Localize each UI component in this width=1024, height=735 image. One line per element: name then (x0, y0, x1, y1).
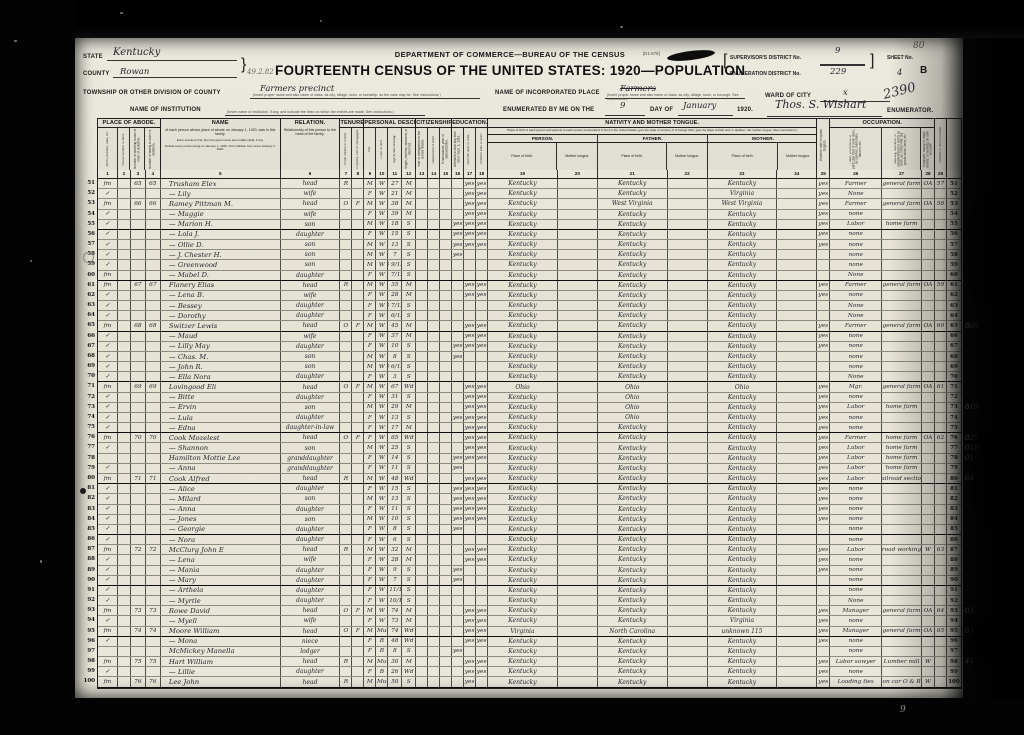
cell-p: Kentucky (488, 443, 558, 452)
cell-p: Kentucky (488, 413, 558, 422)
cell-hn (118, 291, 131, 300)
cell-hn (118, 647, 131, 656)
table-row: 83✓— AnnadaughterFW11SyesyesyesKentuckyK… (98, 505, 961, 515)
table-row: 95fm7474Moore WilliamheadOFMMu74Wdyesyes… (98, 627, 961, 637)
cell-c14 (428, 260, 440, 269)
cell-fpt (668, 210, 708, 219)
cell-n: — Mania (161, 566, 281, 575)
cell-r: head (281, 321, 341, 330)
table-body: 51fm6565Trusham ElexheadRMW27MyesyesKent… (97, 179, 962, 689)
cell-mp: Kentucky (708, 332, 778, 341)
cell-sc (452, 423, 464, 432)
cell-c15 (440, 321, 452, 330)
table-row: 80fm7171Cook AlfredheadRMW48WdyesyesKent… (98, 474, 961, 484)
cell-pt (558, 382, 598, 391)
line-number-left: 65 (77, 322, 95, 328)
cell-a: ✓ (98, 566, 118, 575)
cell-r: daughter (281, 505, 341, 514)
table-row: 54✓— MaggiewifeFW39MyesyesKentuckyKentuc… (98, 210, 961, 220)
cell-r: wife (281, 616, 341, 625)
cell-o (340, 423, 352, 432)
supervisor-label: SUPERVISOR'S DISTRICT No. (730, 55, 801, 61)
cell-n: Ramey Pittman M. (161, 199, 281, 208)
cell-e: yes (817, 403, 830, 412)
cell-r: head (281, 433, 341, 442)
supervisor-line (820, 56, 865, 66)
cell-c: W (376, 576, 388, 585)
cell-p: Kentucky (488, 332, 558, 341)
cell-m: S (402, 566, 416, 575)
cell-n: — Milard (161, 494, 281, 503)
cell-d (131, 494, 146, 503)
cell-s: F (364, 433, 376, 442)
cell-r: head (281, 382, 341, 391)
cell-sc (452, 606, 464, 615)
cell-e (817, 535, 830, 544)
cell-c13 (416, 189, 428, 198)
cell-oc: none (830, 230, 882, 239)
cell-o: O (340, 606, 352, 615)
cell-rd (464, 647, 476, 656)
cell-rd: yes (464, 443, 476, 452)
cell-c15 (440, 525, 452, 534)
cell-fr: F (352, 433, 364, 442)
cell-e: yes (817, 393, 830, 402)
cell-c: W (376, 342, 388, 351)
cell-mp: Kentucky (708, 586, 778, 595)
cell-e: yes (817, 454, 830, 463)
cell-hn (118, 311, 131, 320)
cell-fpt (668, 555, 708, 564)
line-number-left: 96 (77, 638, 95, 644)
cell-r: son (281, 362, 341, 371)
column-number: 22 (668, 170, 708, 178)
cell-p: Kentucky (488, 484, 558, 493)
cell-c14 (428, 240, 440, 249)
cell-fp: Kentucky (598, 555, 668, 564)
cell-a: ✓ (98, 586, 118, 595)
cell-n: — Bessey (161, 301, 281, 310)
cell-d (131, 576, 146, 585)
cell-c14 (428, 321, 440, 330)
column-number: 3 (131, 170, 146, 178)
cell-mpt (777, 372, 817, 381)
cell-fp: Kentucky (598, 189, 668, 198)
cell-p: Kentucky (488, 596, 558, 605)
cell-rd: yes (464, 515, 476, 524)
cell-a: ✓ (98, 667, 118, 676)
column-number: 26 (830, 170, 882, 178)
cell-p: Kentucky (488, 576, 558, 585)
cell-c14 (428, 566, 440, 575)
table-row: 96✓— MonanieceFB48WdyesyesKentuckyKentuc… (98, 637, 961, 647)
cell-fp: Kentucky (598, 260, 668, 269)
cell-a: ✓ (98, 423, 118, 432)
line-number-left: 88 (77, 556, 95, 562)
cell-n: — Mona (161, 637, 281, 646)
cell-p: Kentucky (488, 311, 558, 320)
cell-a: ✓ (98, 332, 118, 341)
cell-s: F (364, 372, 376, 381)
cell-hn (118, 352, 131, 361)
cell-o (340, 393, 352, 402)
cell-pt (558, 464, 598, 473)
cell-c13 (416, 616, 428, 625)
cell-c14 (428, 474, 440, 483)
dust-speck (120, 12, 123, 14)
cell-s: F (364, 393, 376, 402)
column-header: Whether able to write. (476, 128, 488, 170)
cell-g: 8 (388, 525, 402, 534)
cell-pt (558, 413, 598, 422)
cell-sc (452, 372, 464, 381)
cell-n: McClurg John E (161, 545, 281, 554)
cell-fpt (668, 443, 708, 452)
column-header: Mother tongue. (557, 143, 597, 170)
cell-a: fm (98, 199, 118, 208)
cell-g: 8 (388, 647, 402, 656)
cell-rd (464, 596, 476, 605)
cell-mpt (777, 454, 817, 463)
cell-sc: yes (452, 494, 464, 503)
cell-fpt (668, 627, 708, 636)
cell-o: R (340, 657, 352, 666)
cell-mpt (777, 332, 817, 341)
cell-oc: none (830, 291, 882, 300)
cell-mpt (777, 352, 817, 361)
column-header: Home owned or rented. (340, 128, 352, 170)
cell-mp: Kentucky (708, 484, 778, 493)
cell-oc: none (830, 555, 882, 564)
cell-fpt (668, 342, 708, 351)
cell-c15 (440, 464, 452, 473)
cell-fpt (668, 464, 708, 473)
cell-pt (558, 281, 598, 290)
cell-fpt (668, 494, 708, 503)
cell-g: 48 (388, 637, 402, 646)
cell-oc: none (830, 586, 882, 595)
cell-c15 (440, 210, 452, 219)
cell-fpt (668, 291, 708, 300)
cell-a: ✓ (98, 637, 118, 646)
cell-a: fm (98, 657, 118, 666)
cell-c13 (416, 311, 428, 320)
cell-c15 (440, 515, 452, 524)
cell-o: O (340, 627, 352, 636)
cell-r: daughter (281, 230, 341, 239)
cell-a: fm (98, 606, 118, 615)
cell-c: Mu (376, 677, 388, 686)
cell-d (131, 250, 146, 259)
cell-mp: Kentucky (708, 240, 778, 249)
cell-d (131, 505, 146, 514)
cell-mpt (777, 494, 817, 503)
cell-r: granddaughter (281, 464, 341, 473)
cell-r: head (281, 657, 341, 666)
cell-a: ✓ (98, 576, 118, 585)
cell-o (340, 586, 352, 595)
cell-wr: yes (476, 210, 488, 219)
cell-r: son (281, 260, 341, 269)
cell-fp: Kentucky (598, 342, 668, 351)
cell-c13 (416, 179, 428, 188)
cell-rd: yes (464, 474, 476, 483)
cell-p: Ohio (488, 382, 558, 391)
district-brace-left: [ (723, 52, 727, 70)
cell-d (131, 566, 146, 575)
cell-c: W (376, 423, 388, 432)
table-row: 88✓— LenawifeFW28MyesyesKentuckyKentucky… (98, 555, 961, 565)
cell-a: ✓ (98, 260, 118, 269)
cell-n: — Jones (161, 515, 281, 524)
cell-rd: yes (464, 179, 476, 188)
cell-f: 74 (146, 627, 161, 636)
cell-f (146, 342, 161, 351)
cell-a: ✓ (98, 291, 118, 300)
table-row: 70✓— Ella NoradaughterFW3SKentuckyKentuc… (98, 372, 961, 382)
census-table: PLACE OF ABODE.Street, avenue, road, etc… (97, 118, 962, 688)
cell-c14 (428, 454, 440, 463)
cell-mpt (777, 189, 817, 198)
cell-s: M (364, 443, 376, 452)
cell-o (340, 260, 352, 269)
cell-d (131, 413, 146, 422)
cell-fr (352, 362, 364, 371)
cell-o (340, 647, 352, 656)
cell-f (146, 210, 161, 219)
cell-c: W (376, 382, 388, 391)
cell-mpt (777, 281, 817, 290)
cell-g: 25 (388, 443, 402, 452)
cell-c15 (440, 555, 452, 564)
cell-mpt (777, 220, 817, 229)
cell-oc: Farmer (830, 433, 882, 442)
cell-sc (452, 321, 464, 330)
dust-speck (320, 20, 322, 22)
cell-r: daughter (281, 484, 341, 493)
column-header: Age at last birthday. (388, 128, 402, 170)
cell-a: fm (98, 179, 118, 188)
cell-g: 1 6/12 (388, 311, 402, 320)
cell-f (146, 576, 161, 585)
cell-rd: yes (464, 433, 476, 442)
cell-sc (452, 332, 464, 341)
cell-c13 (416, 667, 428, 676)
cell-f (146, 220, 161, 229)
cell-d (131, 515, 146, 524)
cell-mp: Kentucky (708, 545, 778, 554)
cell-oc: Farmer (830, 321, 882, 330)
cell-c: W (376, 403, 388, 412)
cell-mpt (777, 443, 817, 452)
cell-d: 72 (131, 545, 146, 554)
cell-o: R (340, 677, 352, 686)
cell-sc: yes (452, 352, 464, 361)
line-number-left: 89 (77, 567, 95, 573)
cell-e: yes (817, 382, 830, 391)
cell-wr: yes (476, 179, 488, 188)
cell-g: 7 (388, 576, 402, 585)
cell-fpt (668, 332, 708, 341)
cell-mpt (777, 321, 817, 330)
cell-fp: Kentucky (598, 505, 668, 514)
cell-fpt (668, 657, 708, 666)
footer-pencil-mark: 9 (900, 705, 906, 715)
cell-mpt (777, 210, 817, 219)
cell-c: W (376, 464, 388, 473)
cell-c13 (416, 505, 428, 514)
cell-sc: yes (452, 505, 464, 514)
cell-o (340, 464, 352, 473)
cell-hn (118, 606, 131, 615)
cell-s: F (364, 637, 376, 646)
cell-wr (476, 260, 488, 269)
cell-oc: None (830, 372, 882, 381)
cell-c14 (428, 505, 440, 514)
cell-sc (452, 382, 464, 391)
cell-n: — Maggie (161, 210, 281, 219)
cell-sc (452, 667, 464, 676)
cell-sc (452, 637, 464, 646)
cell-pt (558, 433, 598, 442)
cell-c14 (428, 199, 440, 208)
cell-m: S (402, 220, 416, 229)
cell-o: O (340, 199, 352, 208)
township-label: TOWNSHIP OR OTHER DIVISION OF COUNTY (83, 90, 221, 96)
cell-d (131, 667, 146, 676)
cell-mp: Kentucky (708, 393, 778, 402)
cell-c14 (428, 555, 440, 564)
cell-c: B (376, 637, 388, 646)
cell-c15 (440, 301, 452, 310)
cell-fr (352, 189, 364, 198)
cell-d (131, 362, 146, 371)
cell-fp: Kentucky (598, 677, 668, 686)
cell-p: Kentucky (488, 362, 558, 371)
cell-c14 (428, 342, 440, 351)
cell-c: Mu (376, 657, 388, 666)
cell-mp: Kentucky (708, 423, 778, 432)
cell-c14 (428, 220, 440, 229)
cell-pt (558, 474, 598, 483)
table-row: 94✓— MyellwifeFW73MyesyesKentuckyKentuck… (98, 616, 961, 626)
cell-wr (476, 464, 488, 473)
cell-wr (476, 250, 488, 259)
cell-pt (558, 454, 598, 463)
cell-c: W (376, 545, 388, 554)
cell-g: 73 (388, 616, 402, 625)
cell-fpt (668, 515, 708, 524)
cell-f (146, 362, 161, 371)
table-row: 74✓— LuladaughterFW13SyesyesyesKentuckyO… (98, 413, 961, 423)
form-header: STATE Kentucky COUNTY Rowan } 49.2.82 DE… (75, 38, 963, 118)
cell-fpt (668, 413, 708, 422)
cell-e (817, 647, 830, 656)
cell-fpt (668, 433, 708, 442)
cell-d (131, 484, 146, 493)
cell-wr (476, 586, 488, 595)
cell-oc: none (830, 393, 882, 402)
cell-mpt (777, 311, 817, 320)
cell-o (340, 443, 352, 452)
cell-fpt (668, 586, 708, 595)
cell-s: M (364, 382, 376, 391)
cell-c13 (416, 464, 428, 473)
cell-fpt (668, 423, 708, 432)
table-row: 67✓— Lilly MaydaughterFW10SyesyesyesKent… (98, 342, 961, 352)
cell-s: F (364, 616, 376, 625)
cell-a: ✓ (98, 240, 118, 249)
cell-p: Kentucky (488, 372, 558, 381)
cell-d: 71 (131, 474, 146, 483)
cell-d (131, 291, 146, 300)
cell-mp: Kentucky (708, 403, 778, 412)
cell-c13 (416, 647, 428, 656)
cell-c: W (376, 332, 388, 341)
cell-fr: F (352, 199, 364, 208)
cell-pt (558, 576, 598, 585)
table-row: 72✓— BittedaughterFW31SyesyesKentuckyOhi… (98, 393, 961, 403)
cell-pt (558, 616, 598, 625)
cell-hn (118, 332, 131, 341)
table-row: 69✓— John R.sonMW3 6/12SKentuckyKentucky… (98, 362, 961, 372)
cell-hn (118, 677, 131, 686)
column-header: Mother tongue. (778, 143, 817, 170)
cell-fpt (668, 606, 708, 615)
state-line (107, 52, 237, 61)
cell-fr (352, 616, 364, 625)
cell-o: R (340, 281, 352, 290)
cell-r: son (281, 403, 341, 412)
cell-a: fm (98, 271, 118, 280)
cell-m: S (402, 230, 416, 239)
cell-oc: Labor (830, 220, 882, 229)
cell-fp: Kentucky (598, 637, 668, 646)
cell-a: ✓ (98, 494, 118, 503)
cell-c13 (416, 494, 428, 503)
cell-n: — Lily (161, 189, 281, 198)
cell-g: 29 (388, 403, 402, 412)
cell-m: S (402, 372, 416, 381)
cell-m: M (402, 545, 416, 554)
cell-c15 (440, 260, 452, 269)
cell-c14 (428, 362, 440, 371)
cell-p: Kentucky (488, 677, 558, 686)
cell-s: M (364, 260, 376, 269)
cell-r: wife (281, 332, 341, 341)
cell-hn (118, 566, 131, 575)
cell-f: 76 (146, 677, 161, 686)
cell-c15 (440, 240, 452, 249)
cell-p: Kentucky (488, 464, 558, 473)
cell-o (340, 525, 352, 534)
cell-fpt (668, 179, 708, 188)
cell-c: W (376, 474, 388, 483)
cell-hn (118, 616, 131, 625)
cell-c14 (428, 464, 440, 473)
column-header: Sex. (364, 128, 376, 170)
cell-fr (352, 464, 364, 473)
cell-c: W (376, 199, 388, 208)
cell-fr (352, 230, 364, 239)
cell-s: F (364, 311, 376, 320)
cell-p: Kentucky (488, 606, 558, 615)
cell-wr: yes (476, 637, 488, 646)
cell-mp: Kentucky (708, 301, 778, 310)
cell-fp: North Carolina (598, 627, 668, 636)
cell-sc: yes (452, 566, 464, 575)
cell-wr: yes (476, 667, 488, 676)
